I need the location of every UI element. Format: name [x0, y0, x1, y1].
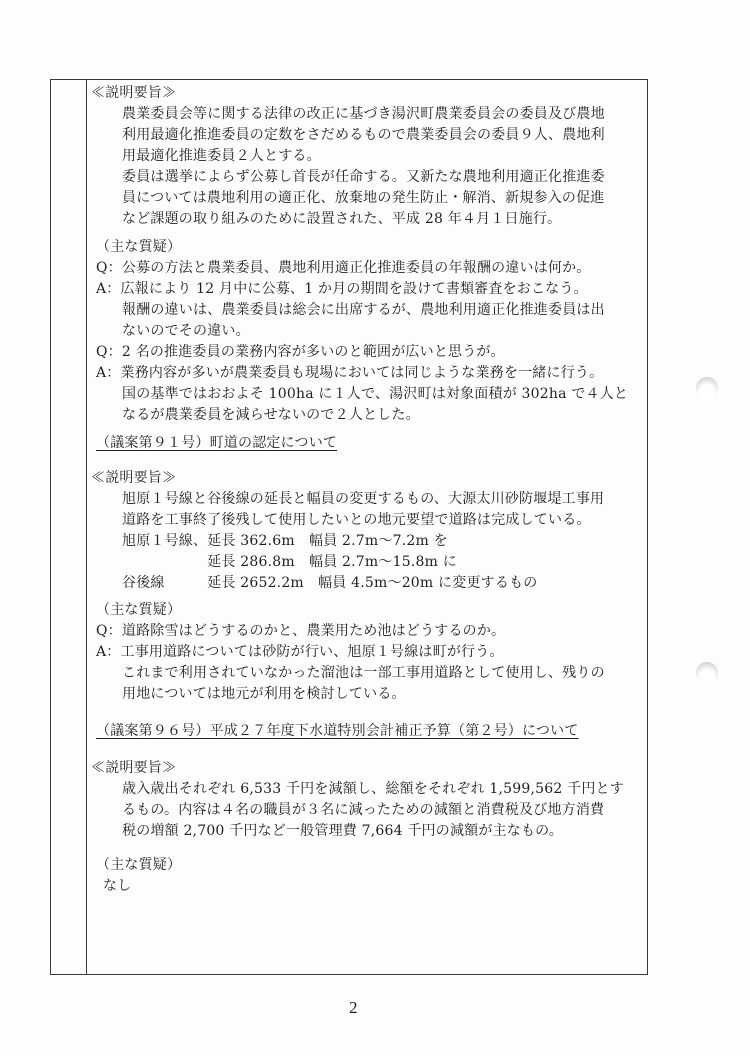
answer-line: これまで利用されていなかった溜池は一部工事用道路として使用し、残りの [122, 663, 605, 684]
qa-label: （主な質疑） [96, 600, 181, 621]
explanation-line: 延長 286.8m 幅員 2.7m～15.8m に [122, 552, 457, 573]
question-line: Q：2 名の推進委員の業務内容が多いのと範囲が広いと思うが。 [96, 342, 505, 363]
explanation-label: ≪説明要旨≫ [91, 468, 176, 489]
left-margin-column [51, 80, 87, 974]
qa-label: （主な質疑） [96, 237, 181, 258]
question-line: Q：公募の方法と農業委員、農地利用適正化推進委員の年報酬の違いは何か。 [96, 258, 590, 279]
explanation-line: 道路を工事終了後残して使用したいとの地元要望で道路は完成している。 [122, 510, 591, 531]
answer-line: A：工事用道路については砂防が行い、旭原１号線は町が行う。 [96, 642, 504, 663]
explanation-line: 員については農地利用の適正化、放棄地の発生防止・解消、新規参入の促進 [122, 188, 605, 209]
answer-line: 報酬の違いは、農業委員は総会に出席するが、農地利用適正化推進委員は出 [122, 300, 605, 321]
explanation-line: 旭原１号線と谷後線の延長と幅員の変更するもの、大源太川砂防堰堤工事用 [122, 489, 604, 510]
answer-line: ないのでその違い。 [122, 321, 250, 342]
qa-none: なし [103, 876, 131, 897]
question-line: Q：道路除雪はどうするのかと、農業用ため池はどうするのか。 [96, 621, 505, 642]
explanation-line: 税の増額 2,700 千円など一般管理費 7,664 千円の減額が主なもの。 [122, 821, 563, 842]
answer-line: 国の基準ではおおよそ 100ha に１人で、湯沢町は対象面積が 302ha で４… [122, 384, 628, 405]
explanation-line: 委員は選挙によらず公募し首長が任命する。又新たな農地利用適正化推進委 [122, 167, 605, 188]
explanation-line: 谷後線 延長 2652.2m 幅員 4.5m～20m に変更するもの [122, 573, 537, 594]
explanation-label: ≪説明要旨≫ [91, 758, 176, 779]
qa-label: （主な質疑） [96, 855, 181, 876]
answer-line: なるが農業委員を減らせないので２人とした。 [122, 405, 420, 426]
explanation-line: 利用最適化推進委員の定数をさだめるもので農業委員会の委員９人、農地利 [122, 125, 605, 146]
punch-hole-icon [696, 662, 718, 684]
page-number: 2 [349, 998, 358, 1018]
explanation-line: るもの。内容は４名の職員が３名に減ったための減額と消費税及び地方消費 [122, 800, 604, 821]
explanation-label: ≪説明要旨≫ [91, 83, 176, 104]
explanation-line: 農業委員会等に関する法律の改正に基づき湯沢町農業委員会の委員及び農地 [122, 104, 605, 125]
explanation-line: 旭原１号線、延長 362.6m 幅員 2.7m～7.2m を [122, 531, 448, 552]
answer-line: A：広報により 12 月中に公募、1 か月の期間を設けて書類審査をおこなう。 [96, 279, 588, 300]
explanation-line: など課題の取り組みのために設置された、平成 28 年４月１日施行。 [122, 209, 561, 230]
explanation-line: 用最適化推進委員２人とする。 [122, 146, 321, 167]
punch-hole-icon [696, 377, 718, 399]
answer-line: A：業務内容が多いが農業委員も現場においては同じような業務を一緒に行う。 [96, 363, 603, 384]
explanation-line: 歳入歳出それぞれ 6,533 千円を減額し、総額をそれぞれ 1,599,562 … [122, 779, 624, 800]
section-heading: （議案第９１号）町道の認定について [96, 433, 337, 454]
section-heading: （議案第９６号）平成２７年度下水道特別会計補正予算（第２号）について [96, 721, 579, 742]
document-frame: ≪説明要旨≫ 農業委員会等に関する法律の改正に基づき湯沢町農業委員会の委員及び農… [50, 79, 648, 975]
answer-line: 用地については地元が利用を検討している。 [122, 684, 406, 705]
